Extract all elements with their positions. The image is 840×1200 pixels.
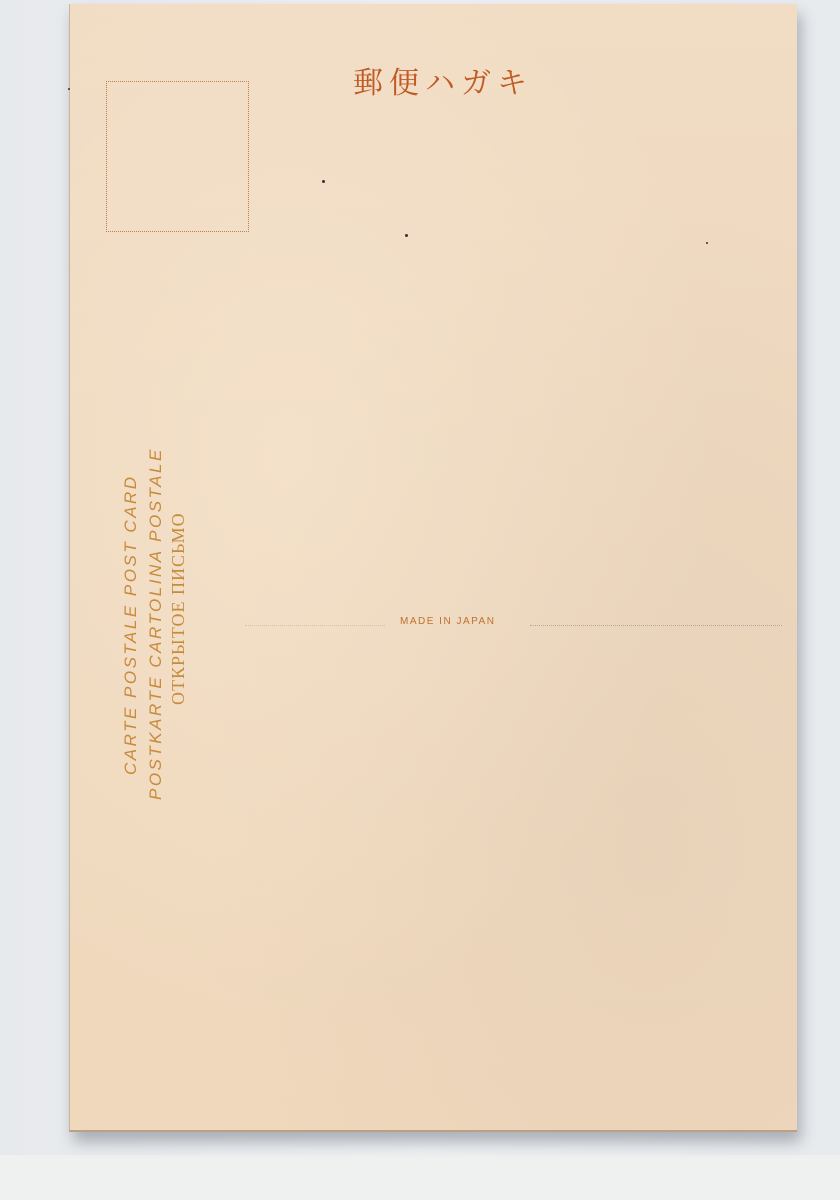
paper-speck <box>706 242 708 244</box>
postcard-label-german-italian: POSTKARTE CARTOLINA POSTALE <box>146 447 166 800</box>
paper-speck <box>405 234 408 237</box>
stamp-placement-box <box>106 81 249 232</box>
address-divider-left <box>245 625 385 626</box>
made-in-label: MADE IN JAPAN <box>400 616 495 627</box>
address-divider-right <box>530 625 782 626</box>
postcard-label-french-english: CARTE POSTALE POST CARD <box>121 474 141 775</box>
postcard-label-russian: ОТКРЫТОЕ ПИСЬМО <box>168 512 189 705</box>
paper-speck <box>68 88 70 90</box>
postcard-header-japanese: キガハ便郵 <box>353 58 533 102</box>
paper-speck <box>322 180 325 183</box>
